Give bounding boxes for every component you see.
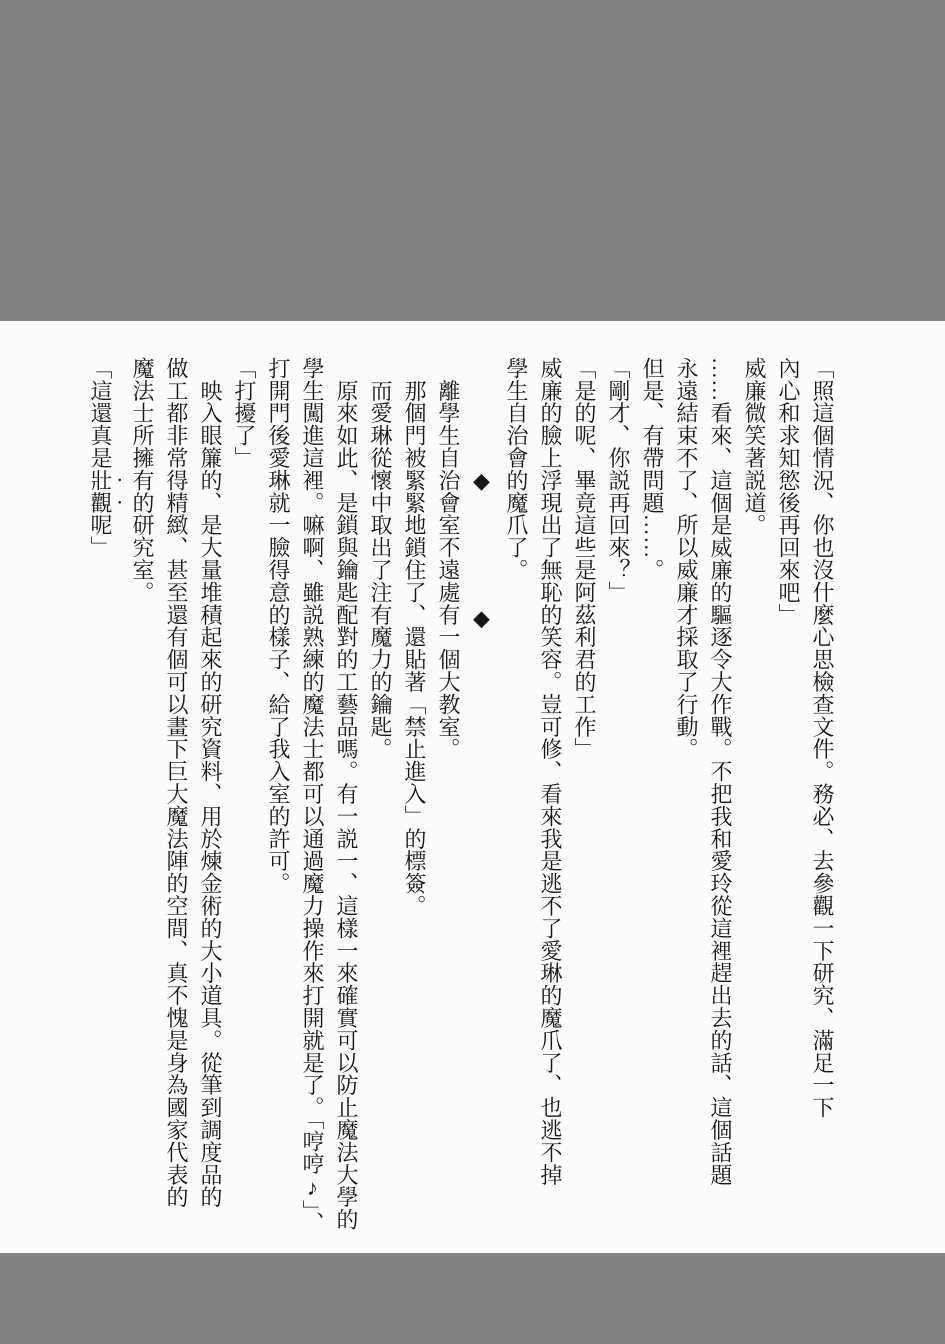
text-column: 「這還真是壯觀呢」 bbox=[83, 357, 125, 1239]
text-column: 「剛才、你説再回來？」 bbox=[601, 357, 635, 1239]
text-column: 打開門後愛琳就一臉得意的樣子、給了我入室的許可。 bbox=[261, 357, 295, 1239]
text-column: 內心和求知慾後再回來吧」 bbox=[771, 357, 805, 1239]
text-column: 但是、有帶問題……。 bbox=[635, 357, 669, 1239]
text-column: 離學生自治會室不遠處有一個大教室。 bbox=[431, 357, 465, 1239]
text-column: 魔法士所擁有的研究室。 bbox=[125, 357, 159, 1239]
text-column: 原來如此、是鎖與鑰匙配對的工藝品嗎。有一説一、這樣一來確實可以防止魔法大學的 bbox=[329, 357, 363, 1239]
text-column: 那個門被緊緊地鎖住了、還貼著「禁止進入」的標簽。 bbox=[397, 357, 431, 1239]
text-column: 映入眼簾的、是大量堆積起來的研究資料、用於煉金術的大小道具。從筆到調度品的 bbox=[193, 357, 227, 1239]
text-column: 「是的呢、畢竟這些是阿茲利君的工作」 bbox=[567, 357, 601, 1239]
text-column: 學生闖進這裡。嘛啊、雖説熟練的魔法士都可以通過魔力操作來打開就是了。「哼哼♪」、 bbox=[295, 357, 329, 1239]
page-text-block: 「照這個情況、你也沒什麼心思檢查文件。務必、去參觀一下研究、滿足一下內心和求知慾… bbox=[83, 357, 839, 1239]
text-column: 威廉微笑著説道。 bbox=[737, 357, 771, 1239]
text-column: 做工都非常得精緻、甚至還有個可以畫下巨大魔法陣的空間、真不愧是身為國家代表的 bbox=[159, 357, 193, 1239]
letterbox-bottom bbox=[0, 1253, 945, 1344]
text-column: 威廉的臉上浮現出了無恥的笑容。豈可修、看來我是逃不了愛琳的魔爪了、也逃不掉 bbox=[533, 357, 567, 1239]
emphasis-pre-text: 「這還真是 bbox=[88, 357, 113, 469]
text-column: ……看來、這個是威廉的驅逐令大作戰。不把我和愛玲從這裡趕出去的話、這個話題 bbox=[703, 357, 737, 1239]
letterbox-top bbox=[0, 0, 945, 321]
emphasized-text: 壯觀 bbox=[88, 469, 113, 514]
text-column: 學生自治會的魔爪了。 bbox=[499, 357, 533, 1239]
reader-screenshot: { "colors": { "letterbox": "#828282", "p… bbox=[0, 0, 945, 1344]
text-column: 而愛琳從懷中取出了注有魔力的鑰匙。 bbox=[363, 357, 397, 1239]
emphasis-post-text: 呢」 bbox=[88, 514, 113, 559]
diamond-separator: ◆ ◆ bbox=[465, 357, 499, 1239]
book-page: 「照這個情況、你也沒什麼心思檢查文件。務必、去參觀一下研究、滿足一下內心和求知慾… bbox=[0, 321, 945, 1253]
text-column: 「照這個情況、你也沒什麼心思檢查文件。務必、去參觀一下研究、滿足一下 bbox=[805, 357, 839, 1239]
text-column: 「打擾了」 bbox=[227, 357, 261, 1239]
text-column: 永遠結束不了、所以威廉才採取了行動。 bbox=[669, 357, 703, 1239]
